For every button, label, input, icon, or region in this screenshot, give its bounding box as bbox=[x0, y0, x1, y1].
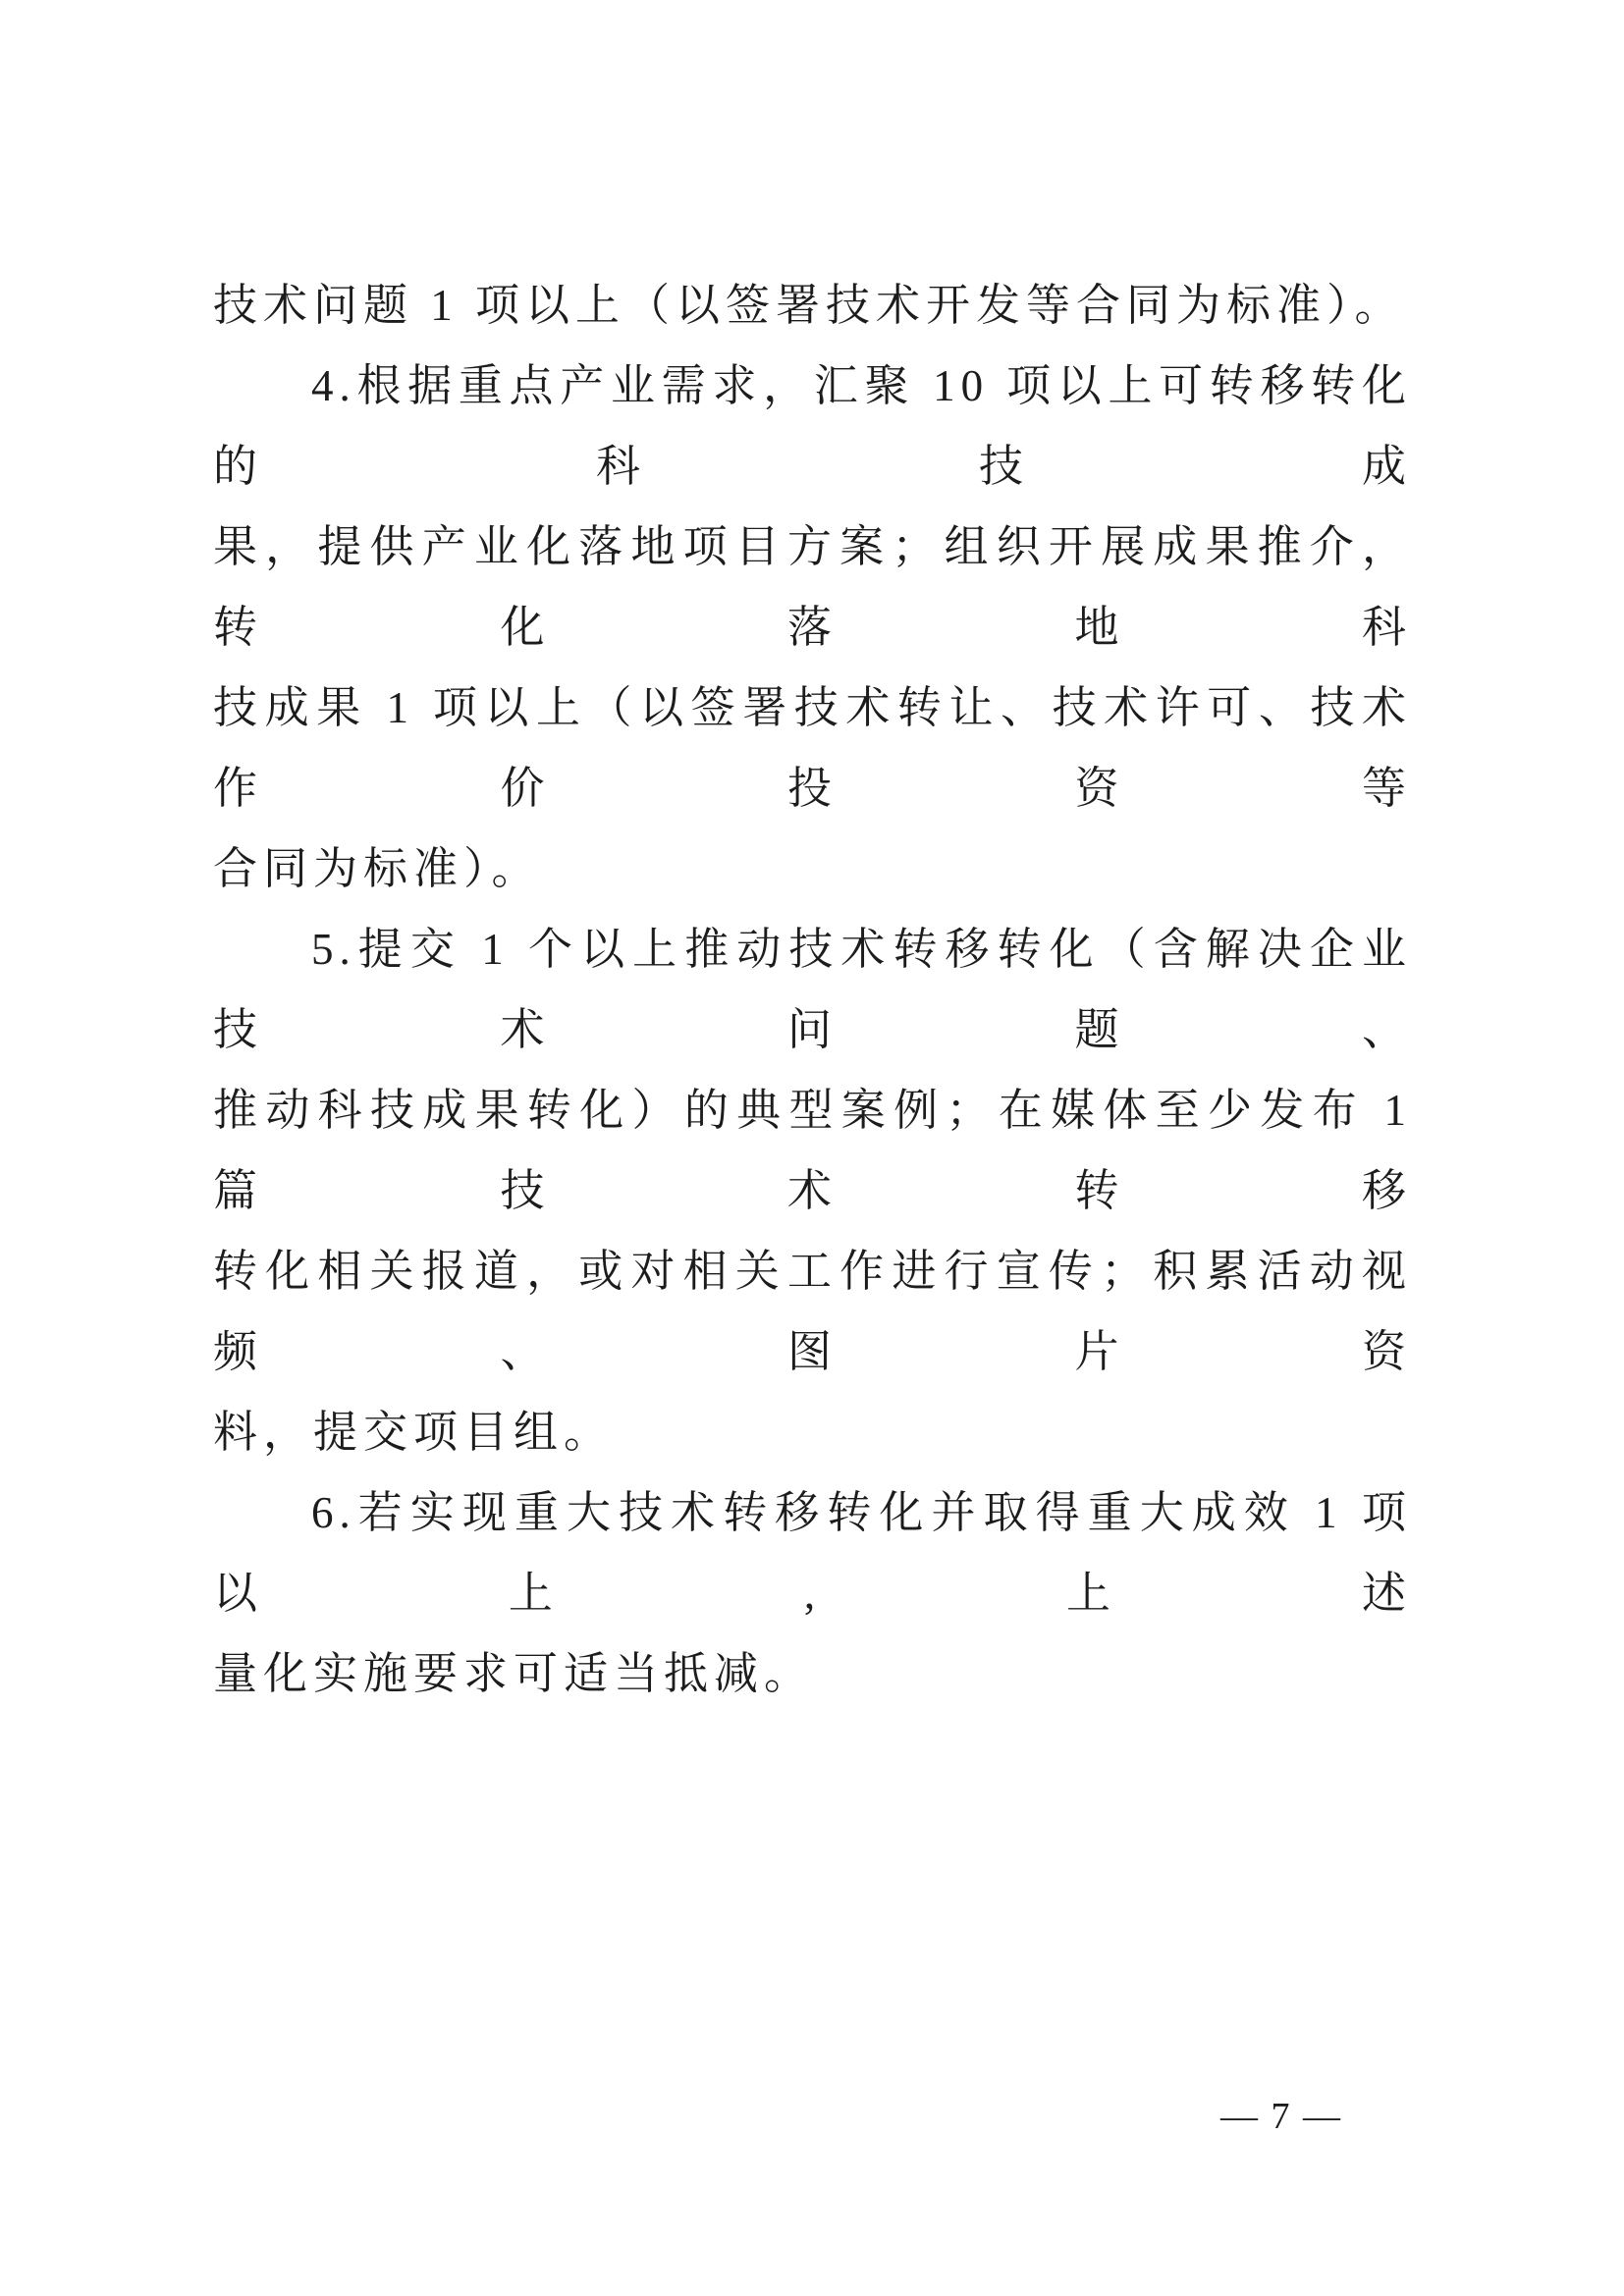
text-line: 料，提交项目组。 bbox=[213, 1392, 1412, 1472]
text-line: 5.提交 1 个以上推动技术转移转化（含解决企业技术问题、 bbox=[213, 909, 1412, 1070]
text-line: 转化相关报道，或对相关工作进行宣传；积累活动视频、图片资 bbox=[213, 1231, 1412, 1392]
text-line: 6.若实现重大技术转移转化并取得重大成效 1 项以上,上述 bbox=[213, 1472, 1412, 1633]
text-line: 技成果 1 项以上（以签署技术转让、技术许可、技术作价投资等 bbox=[213, 667, 1412, 828]
text-line: 合同为标准）。 bbox=[213, 828, 1412, 909]
document-page: 技术问题 1 项以上（以签署技术开发等合同为标准）。 4.根据重点产业需求，汇聚… bbox=[0, 0, 1624, 2296]
text-line: 技术问题 1 项以上（以签署技术开发等合同为标准）。 bbox=[213, 265, 1412, 346]
text-line: 推动科技成果转化）的典型案例；在媒体至少发布 1 篇技术转移 bbox=[213, 1070, 1412, 1231]
text-line: 4.根据重点产业需求，汇聚 10 项以上可转移转化的科技成 bbox=[213, 346, 1412, 507]
text-line: 果，提供产业化落地项目方案；组织开展成果推介，转化落地科 bbox=[213, 507, 1412, 667]
text-line: 量化实施要求可适当抵减。 bbox=[213, 1633, 1412, 1714]
document-body: 技术问题 1 项以上（以签署技术开发等合同为标准）。 4.根据重点产业需求，汇聚… bbox=[213, 265, 1412, 1714]
page-number: — 7 — bbox=[1220, 2095, 1342, 2138]
